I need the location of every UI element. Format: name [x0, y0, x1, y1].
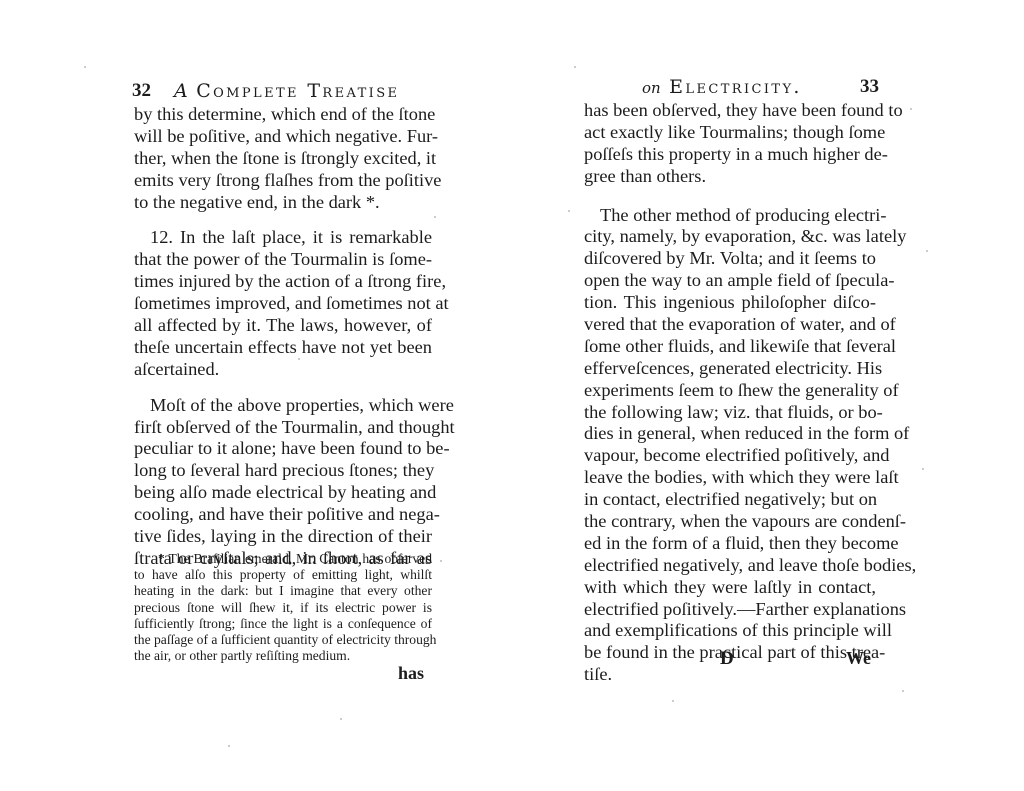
scan-speck [84, 66, 86, 68]
text-line: times injured by the action of a ſtrong … [134, 271, 432, 293]
text-line: by this determine, which end of the ſton… [134, 104, 432, 126]
running-head-title: Complete Treatise [196, 80, 399, 102]
footnote-line: precious ſtone will ſhew it, if its elec… [134, 600, 432, 616]
footnote-line: the paſſage of a ſufficient quantity of … [134, 632, 432, 648]
paragraph: by this determine, which end of the ſton… [134, 104, 432, 213]
scan-speck [434, 216, 436, 218]
text-line: city, namely, by evaporation, &c. was la… [584, 226, 876, 248]
footnote: * The Braſilian emerald, Mr. Canton has … [134, 551, 432, 664]
scan-speck [298, 358, 300, 360]
text-line: experiments ſeem to ſhew the generality … [584, 380, 876, 402]
text-line: The other method of producing electri- [584, 205, 876, 227]
catchword: has [398, 663, 424, 684]
text-line: poſſeſs this property in a much higher d… [584, 144, 876, 166]
text-line: being alſo made electrical by heating an… [134, 482, 432, 504]
footnote-line: heating in the dark: but I imagine that … [134, 583, 432, 599]
text-line: will be poſitive, and which negative. Fu… [134, 126, 432, 148]
body-text: has been obſerved, they have been found … [584, 100, 876, 686]
running-head-article: A [174, 80, 188, 102]
running-head-prefix: on [642, 79, 661, 97]
text-line: long to ſeveral hard precious ſtones; th… [134, 460, 432, 482]
running-head: A Complete Treatise [174, 80, 399, 102]
text-line: open the way to an ample field of ſpecul… [584, 270, 876, 292]
text-line: the following law; viz. that fluids, or … [584, 402, 876, 424]
page-number: 33 [860, 76, 879, 98]
scan-speck [440, 560, 442, 562]
text-line: peculiar to it alone; have been found to… [134, 438, 432, 460]
text-line: theſe uncertain effects have not yet bee… [134, 337, 432, 359]
text-line: dies in general, when reduced in the for… [584, 423, 876, 445]
text-line: ed in the form of a fluid, then they bec… [584, 533, 876, 555]
text-line: emits very ſtrong flaſhes from the poſit… [134, 170, 432, 192]
text-line: ſome other fluids, and likewiſe that ſev… [584, 336, 876, 358]
footnote-line: the air, or other partly reſiſting mediu… [134, 648, 432, 664]
text-line: tive ſides, laying in the direction of t… [134, 526, 432, 548]
text-line: leave the bodies, with which they were l… [584, 467, 876, 489]
running-head-title: Electricity. [669, 76, 802, 98]
paragraph: 12. In the laſt place, it is remarkable … [134, 227, 432, 380]
scan-speck [922, 468, 924, 470]
footnote-line: to have alſo this property of emitting l… [134, 567, 432, 583]
text-line: 12. In the laſt place, it is remarkable [134, 227, 432, 249]
text-line: aſcertained. [134, 359, 432, 381]
scan-speck [926, 250, 928, 252]
text-line: and exemplifications of this principle w… [584, 620, 876, 642]
text-line: vapour, become electrified poſitively, a… [584, 445, 876, 467]
paragraph: The other method of producing electri- c… [584, 205, 876, 687]
text-line: efferveſcences, generated electricity. H… [584, 358, 876, 380]
scan-speck [228, 745, 230, 747]
scan-speck [574, 66, 576, 68]
paragraph: has been obſerved, they have been found … [584, 100, 876, 188]
text-line: the contrary, when the vapours are conde… [584, 511, 876, 533]
text-line: that the power of the Tourmalin is ſome- [134, 249, 432, 271]
text-line: ſometimes improved, and ſometimes not at [134, 293, 432, 315]
text-line: all affected by it. The laws, however, o… [134, 315, 432, 337]
text-line: with which they were laſtly in contact, [584, 577, 876, 599]
left-page: 32 A Complete Treatise by this determine… [0, 0, 512, 791]
text-line: tion. This ingenious philoſopher diſco- [584, 292, 876, 314]
text-line: gree than others. [584, 166, 876, 188]
text-line: in contact, electrified negatively; but … [584, 489, 876, 511]
right-page: on Electricity. 33 has been obſerved, th… [512, 0, 1024, 791]
paragraph: Moſt of the above properties, which were… [134, 395, 432, 570]
scan-speck [568, 210, 570, 212]
text-line: Moſt of the above properties, which were [134, 395, 432, 417]
text-line: vered that the evaporation of water, and… [584, 314, 876, 336]
catchword: We [846, 648, 871, 669]
text-line: firſt obſerved of the Tourmalin, and tho… [134, 417, 432, 439]
signature-mark: D [720, 648, 734, 670]
footnote-line: ſufficiently ſtrong; ſince the light is … [134, 616, 432, 632]
text-line: electrified poſitively.—Farther explanat… [584, 599, 876, 621]
scan-speck [340, 718, 342, 720]
text-line: diſcovered by Mr. Volta; and it ſeems to [584, 248, 876, 270]
running-head: on Electricity. [642, 76, 802, 98]
scan-speck [910, 108, 912, 110]
footnote-line: * The Braſilian emerald, Mr. Canton has … [134, 551, 432, 567]
scan-speck [902, 690, 904, 692]
text-line: to the negative end, in the dark *. [134, 192, 432, 214]
text-line: act exactly like Tourmalins; though ſome [584, 122, 876, 144]
page-number: 32 [132, 80, 151, 102]
body-text: by this determine, which end of the ſton… [134, 104, 432, 570]
scan-speck [672, 700, 674, 702]
text-line: has been obſerved, they have been found … [584, 100, 876, 122]
text-line: cooling, and have their poſitive and neg… [134, 504, 432, 526]
text-line: ther, when the ſtone is ſtrongly excited… [134, 148, 432, 170]
text-line: electrified negatively, and leave thoſe … [584, 555, 876, 577]
